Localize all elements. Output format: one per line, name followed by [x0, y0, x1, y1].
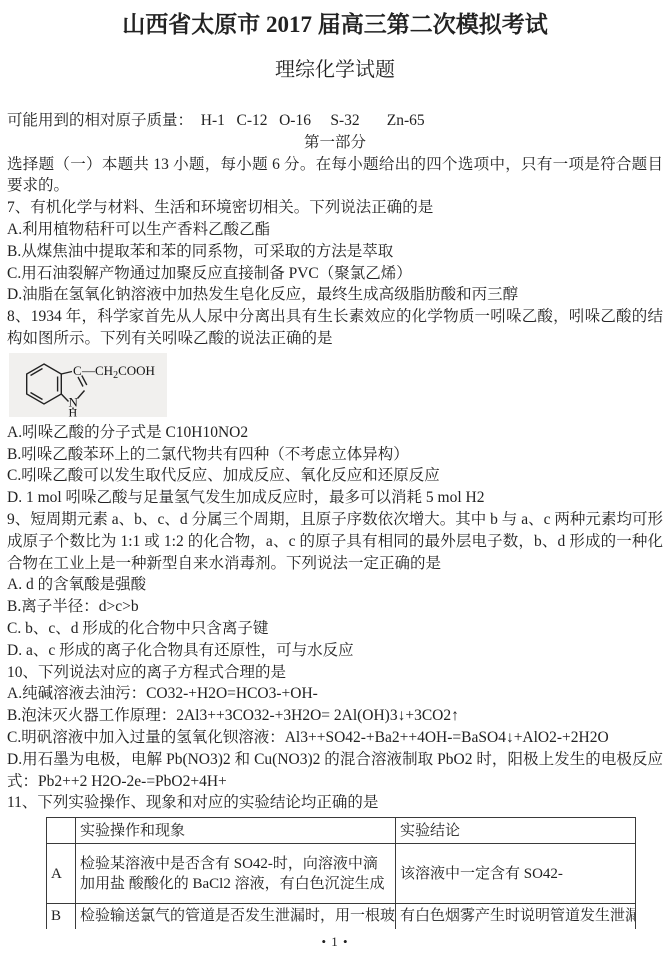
q8-stem: 8、1934 年，科学家首先从人尿中分离出具有生长素效应的化学物质一吲哚乙酸，吲… [7, 306, 663, 350]
q10-option-c: C.明矾溶液中加入过量的氢氧化钡溶液：Al3++SO42-+Ba2++4OH-=… [7, 727, 663, 749]
q11-stem: 11、下列实验操作、现象和对应的实验结论均正确的是 [7, 792, 663, 814]
q9-option-b: B.离子半径：d>c>b [7, 596, 663, 618]
table-header-conclusion: 实验结论 [396, 818, 636, 844]
q7-option-d: D.油脂在氢氧化钠溶液中加热发生皂化反应，最终生成高级脂肪酸和丙三醇 [7, 284, 663, 306]
q9-stem: 9、短周期元素 a、b、c、d 分属三个周期，且原子序数依次增大。其中 b 与 … [7, 509, 663, 574]
q10-option-a: A.纯碱溶液去油污：CO32-+H2O=HCO3-+OH- [7, 683, 663, 705]
q9-option-a: A. d 的含氧酸是强酸 [7, 574, 663, 596]
q9-option-c: C. b、c、d 形成的化合物中只含离子键 [7, 618, 663, 640]
ring-carbon-label: C [73, 363, 82, 378]
table-row-a: A 检验某溶液中是否含有 SO42-时，向溶液中滴加用盐 酸酸化的 BaCl2 … [47, 844, 636, 904]
row-b-operation: 检验输送氯气的管道是否发生泄漏时，用一根玻 [76, 904, 396, 929]
q9-option-d: D. a、c 形成的离子化合物具有还原性，可与水反应 [7, 640, 663, 662]
table-row-b: B 检验输送氯气的管道是否发生泄漏时，用一根玻 有白色烟雾产生时说明管道发生泄漏 [47, 904, 636, 929]
indole-acetic-acid-figure: C N H —CH2COOH [9, 353, 167, 417]
row-b-conclusion: 有白色烟雾产生时说明管道发生泄漏 [396, 904, 636, 929]
q10-stem: 10、下列说法对应的离子方程式合理的是 [7, 662, 663, 684]
side-chain-cooh: COOH [118, 363, 155, 378]
q7-option-b: B.从煤焦油中提取苯和苯的同系物，可采取的方法是萃取 [7, 241, 663, 263]
question-11: 11、下列实验操作、现象和对应的实验结论均正确的是 实验操作和现象 实验结论 A… [7, 792, 663, 928]
q8-option-a: A.吲哚乙酸的分子式是 C10H10NO2 [7, 422, 663, 444]
question-9: 9、短周期元素 a、b、c、d 分属三个周期，且原子序数依次增大。其中 b 与 … [7, 509, 663, 662]
section-heading: 第一部分 [7, 132, 663, 154]
row-a-label: A [47, 844, 76, 904]
q7-option-c: C.用石油裂解产物通过加聚反应直接制备 PVC（聚氯乙烯） [7, 263, 663, 285]
q8-option-b: B.吲哚乙酸苯环上的二氯代物共有四种（不考虑立体异构） [7, 444, 663, 466]
page-number: • 1 • [7, 933, 663, 951]
question-8: 8、1934 年，科学家首先从人尿中分离出具有生长素效应的化学物质一吲哚乙酸，吲… [7, 306, 663, 509]
exam-subtitle: 理综化学试题 [7, 56, 663, 84]
benzene-ring [27, 364, 62, 404]
table-header-blank [47, 818, 76, 844]
side-chain-ch: —CH [81, 363, 113, 378]
q7-option-a: A.利用植物秸秆可以生产香料乙酸乙酯 [7, 219, 663, 241]
experiment-table-header-row: 实验操作和现象 实验结论 [47, 818, 636, 844]
nh-hydrogen-label: H [69, 405, 78, 417]
q10-option-b: B.泡沫灭火器工作原理：2Al3++3CO32-+3H2O= 2Al(OH)3↓… [7, 705, 663, 727]
question-10: 10、下列说法对应的离子方程式合理的是 A.纯碱溶液去油污：CO32-+H2O=… [7, 662, 663, 793]
exam-page: 山西省太原市 2017 届高三第二次模拟考试 理综化学试题 可能用到的相对原子质… [0, 0, 671, 955]
row-b-label: B [47, 904, 76, 929]
table-header-operation: 实验操作和现象 [76, 818, 396, 844]
q8-option-d: D. 1 mol 吲哚乙酸与足量氢气发生加成反应时，最多可以消耗 5 mol H… [7, 487, 663, 509]
exam-title: 山西省太原市 2017 届高三第二次模拟考试 [7, 10, 663, 40]
atomic-mass-line: 可能用到的相对原子质量： H-1 C-12 O-16 S-32 Zn-65 [7, 110, 663, 132]
q10-option-d: D.用石墨为电极，电解 Pb(NO3)2 和 Cu(NO3)2 的混合溶液制取 … [7, 749, 663, 793]
q7-stem: 7、有机化学与材料、生活和环境密切相关。下列说法正确的是 [7, 197, 663, 219]
experiment-table: 实验操作和现象 实验结论 A 检验某溶液中是否含有 SO42-时，向溶液中滴加用… [46, 817, 636, 929]
row-a-conclusion: 该溶液中一定含有 SO42- [396, 844, 636, 904]
q8-option-c: C.吲哚乙酸可以发生取代反应、加成反应、氧化反应和还原反应 [7, 465, 663, 487]
instructions-text: 选择题（一）本题共 13 小题，每小题 6 分。在每小题给出的四个选项中，只有一… [7, 154, 663, 198]
indole-structure-drawing: C N H —CH2COOH [11, 355, 163, 417]
side-chain-label: —CH2COOH [81, 363, 155, 381]
row-a-operation: 检验某溶液中是否含有 SO42-时，向溶液中滴加用盐 酸酸化的 BaCl2 溶液… [76, 844, 396, 904]
question-7: 7、有机化学与材料、生活和环境密切相关。下列说法正确的是 A.利用植物秸秆可以生… [7, 197, 663, 306]
